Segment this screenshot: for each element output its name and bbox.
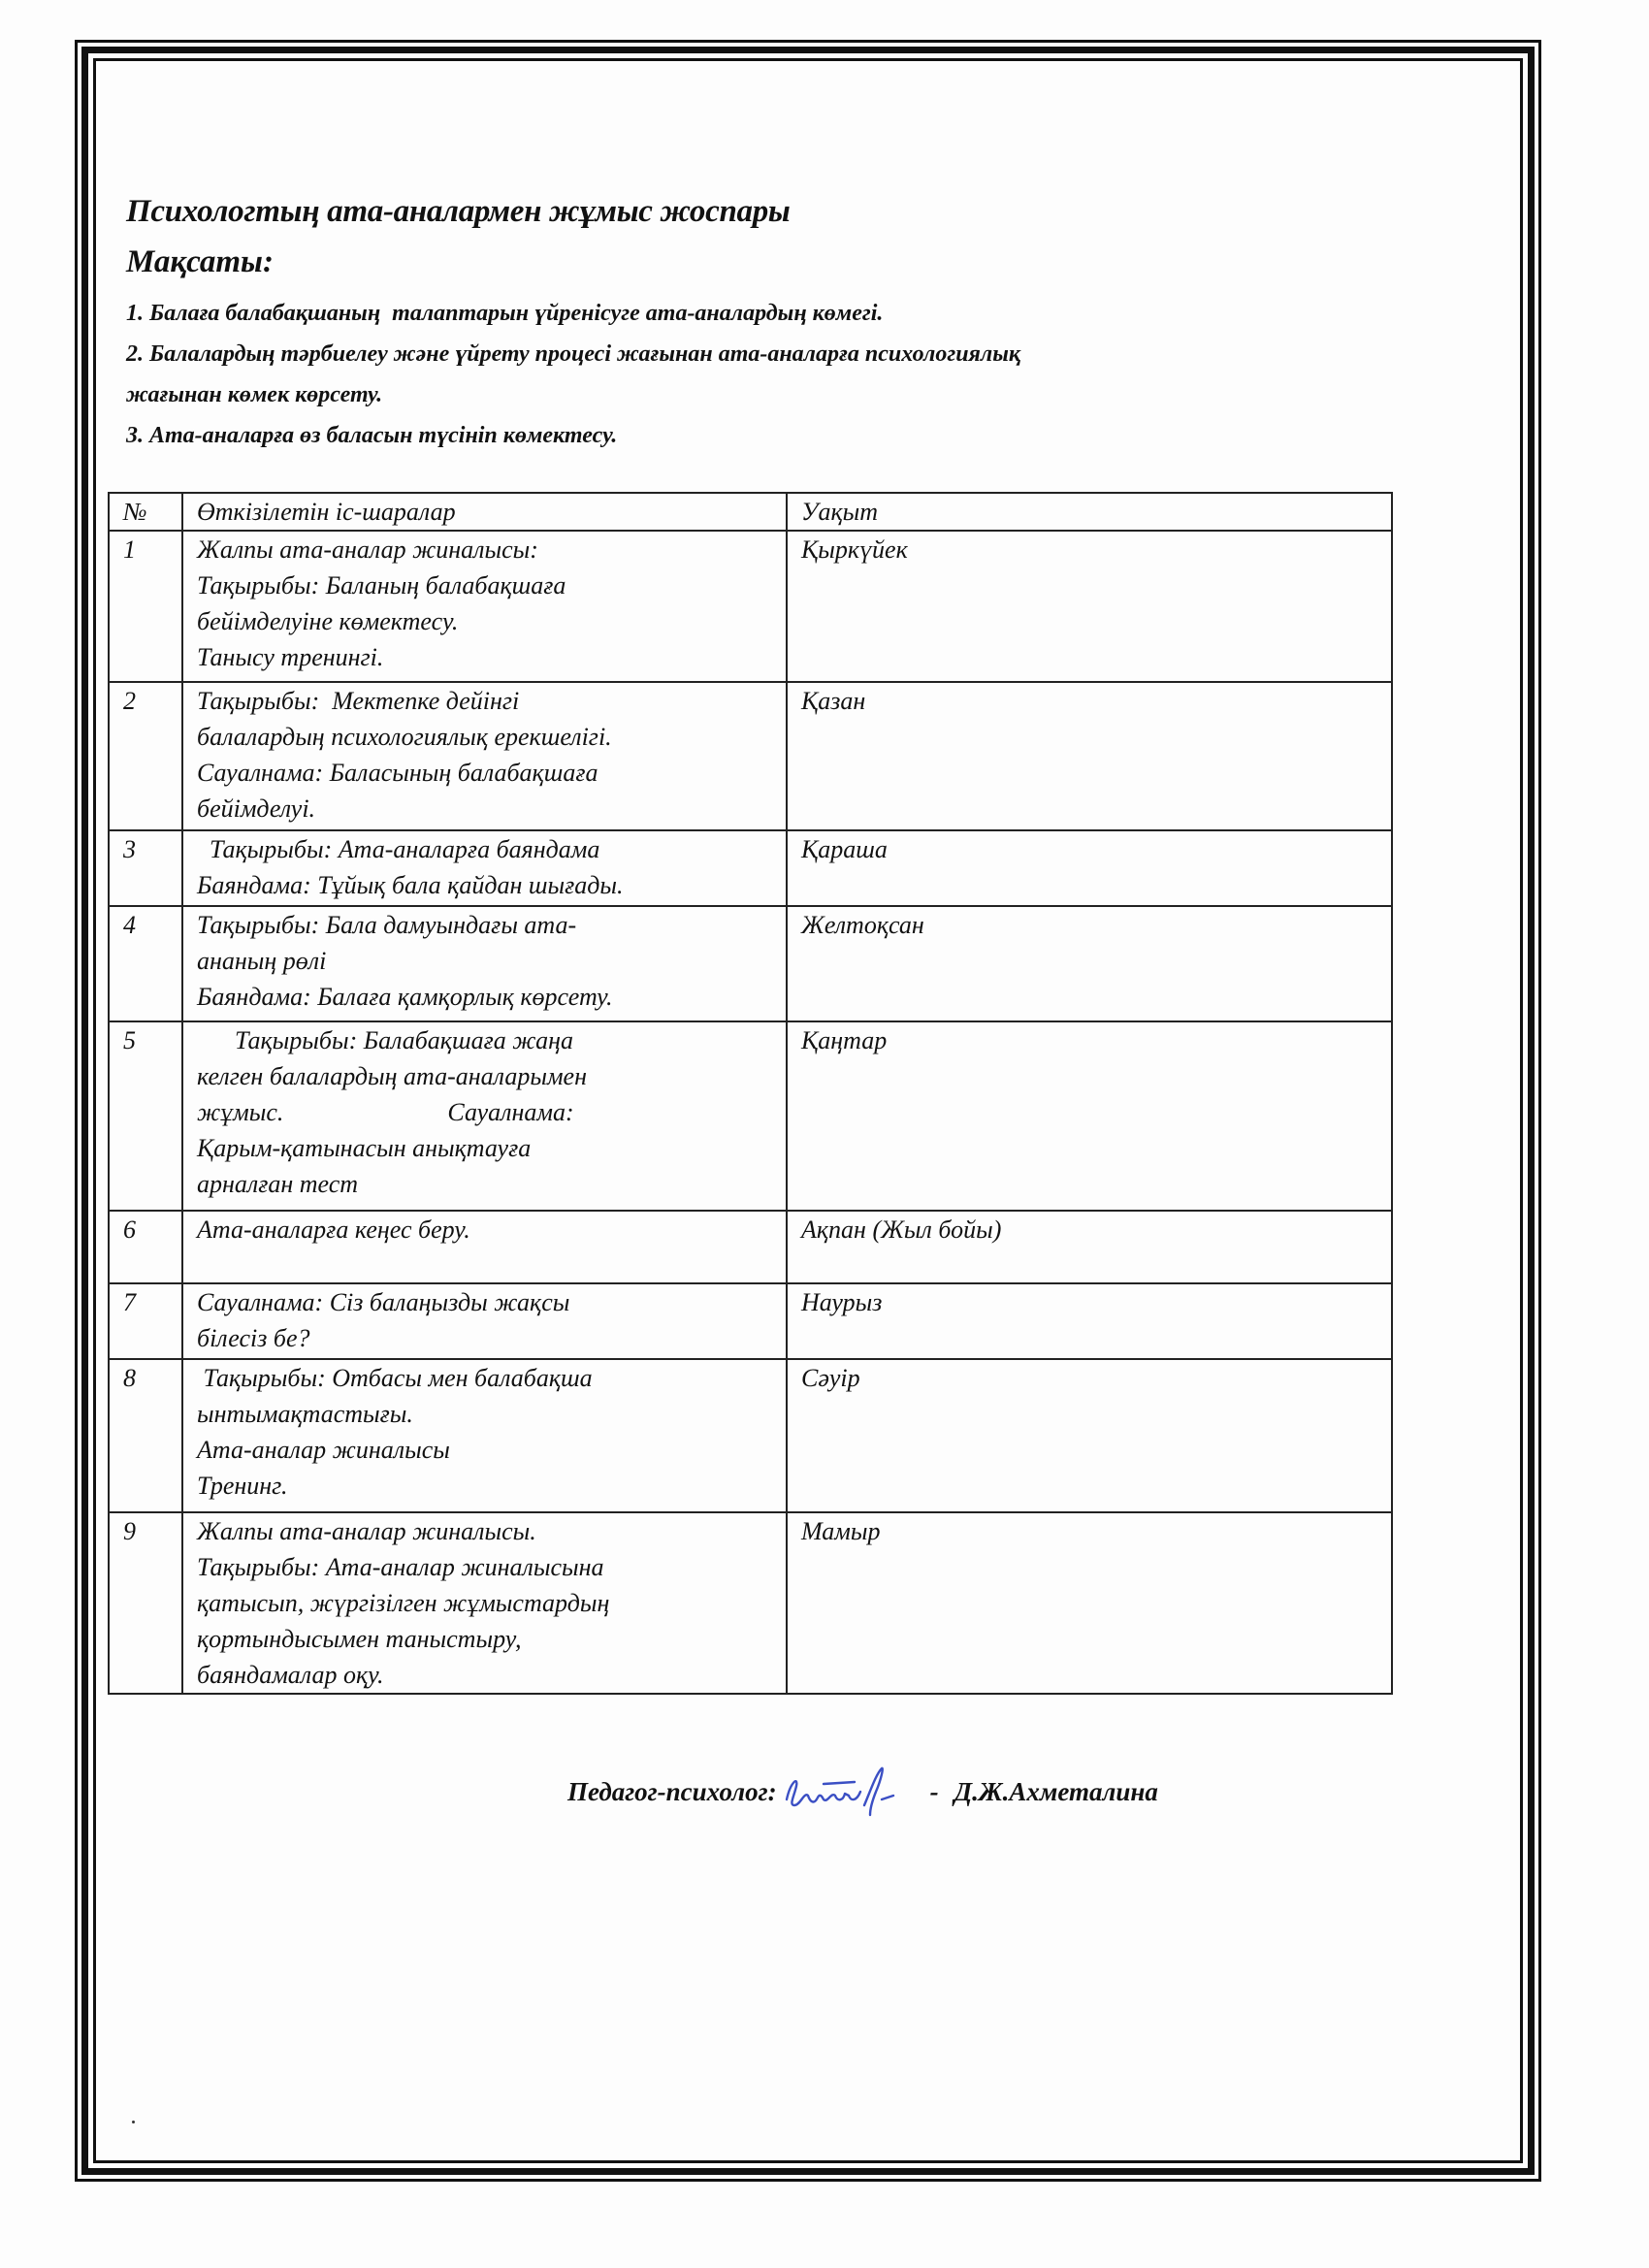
row-time: Мамыр bbox=[787, 1512, 1392, 1694]
row-number: 4 bbox=[109, 906, 182, 1021]
row-activity: Жалпы ата-аналар жиналысы: Тақырыбы: Бал… bbox=[182, 531, 787, 682]
signature-block: Педагог-психолог: - Д.Ж.Ахметалина bbox=[567, 1763, 1158, 1821]
signatory-name: Д.Ж.Ахметалина bbox=[954, 1777, 1158, 1807]
table-row: 4 Тақырыбы: Бала дамуындағы ата- ананың … bbox=[109, 906, 1392, 1021]
goals-heading: Мақсаты: bbox=[126, 244, 274, 280]
table-row: 8 Тақырыбы: Отбасы мен балабақша ынтымақ… bbox=[109, 1359, 1392, 1512]
row-activity: Жалпы ата-аналар жиналысы. Тақырыбы: Ата… bbox=[182, 1512, 787, 1694]
row-number: 1 bbox=[109, 531, 182, 682]
header-activity: Өткізілетін іс-шаралар bbox=[182, 493, 787, 531]
goal-item: 3. Ата-аналарға өз баласын түсініп көмек… bbox=[126, 415, 1387, 456]
row-number: 2 bbox=[109, 682, 182, 830]
table-row: 3 Тақырыбы: Ата-аналарға баяндама Баянда… bbox=[109, 830, 1392, 906]
row-activity: Тақырыбы: Мектепке дейінгі балалардың пс… bbox=[182, 682, 787, 830]
row-number: 5 bbox=[109, 1021, 182, 1211]
document-title: Психологтың ата-аналармен жұмыс жоспары bbox=[126, 194, 791, 230]
table-row: 6 Ата-аналарға кеңес беру. Ақпан (Жыл бо… bbox=[109, 1211, 1392, 1283]
row-number: 8 bbox=[109, 1359, 182, 1512]
row-time: Қараша bbox=[787, 830, 1392, 906]
row-activity: Тақырыбы: Ата-аналарға баяндама Баяндама… bbox=[182, 830, 787, 906]
table-row: 9 Жалпы ата-аналар жиналысы. Тақырыбы: А… bbox=[109, 1512, 1392, 1694]
goal-item: 2. Балалардың тәрбиелеу және үйрету проц… bbox=[126, 334, 1387, 374]
row-activity: Тақырыбы: Отбасы мен балабақша ынтымақта… bbox=[182, 1359, 787, 1512]
goal-item: 1. Балаға балабақшаның талаптарын үйрені… bbox=[126, 293, 1387, 334]
row-time: Сәуір bbox=[787, 1359, 1392, 1512]
goals-list: 1. Балаға балабақшаның талаптарын үйрені… bbox=[126, 293, 1387, 456]
row-number: 7 bbox=[109, 1283, 182, 1359]
row-time: Қыркүйек bbox=[787, 531, 1392, 682]
goal-item-continuation: жағынан көмек көрсету. bbox=[126, 374, 1387, 415]
row-time: Наурыз bbox=[787, 1283, 1392, 1359]
row-activity: Ата-аналарға кеңес беру. bbox=[182, 1211, 787, 1283]
handwritten-signature-icon bbox=[781, 1763, 926, 1821]
row-activity: Сауалнама: Сіз балаңызды жақсы білесіз б… bbox=[182, 1283, 787, 1359]
row-time: Қазан bbox=[787, 682, 1392, 830]
header-time: Уақыт bbox=[787, 493, 1392, 531]
header-number: № bbox=[109, 493, 182, 531]
signature-role: Педагог-психолог: bbox=[567, 1777, 777, 1807]
scan-artifact-dot bbox=[132, 2121, 135, 2123]
row-activity: Тақырыбы: Балабақшаға жаңа келген балала… bbox=[182, 1021, 787, 1211]
row-activity: Тақырыбы: Бала дамуындағы ата- ананың рө… bbox=[182, 906, 787, 1021]
row-time: Қаңтар bbox=[787, 1021, 1392, 1211]
work-plan-table: № Өткізілетін іс-шаралар Уақыт 1 Жалпы а… bbox=[108, 492, 1393, 1695]
row-number: 6 bbox=[109, 1211, 182, 1283]
table-header-row: № Өткізілетін іс-шаралар Уақыт bbox=[109, 493, 1392, 531]
table-row: 7 Сауалнама: Сіз балаңызды жақсы білесіз… bbox=[109, 1283, 1392, 1359]
signature-dash: - bbox=[930, 1777, 939, 1807]
row-number: 3 bbox=[109, 830, 182, 906]
row-time: Ақпан (Жыл бойы) bbox=[787, 1211, 1392, 1283]
table-row: 5 Тақырыбы: Балабақшаға жаңа келген бала… bbox=[109, 1021, 1392, 1211]
table-row: 2 Тақырыбы: Мектепке дейінгі балалардың … bbox=[109, 682, 1392, 830]
table-row: 1 Жалпы ата-аналар жиналысы: Тақырыбы: Б… bbox=[109, 531, 1392, 682]
row-time: Желтоқсан bbox=[787, 906, 1392, 1021]
row-number: 9 bbox=[109, 1512, 182, 1694]
